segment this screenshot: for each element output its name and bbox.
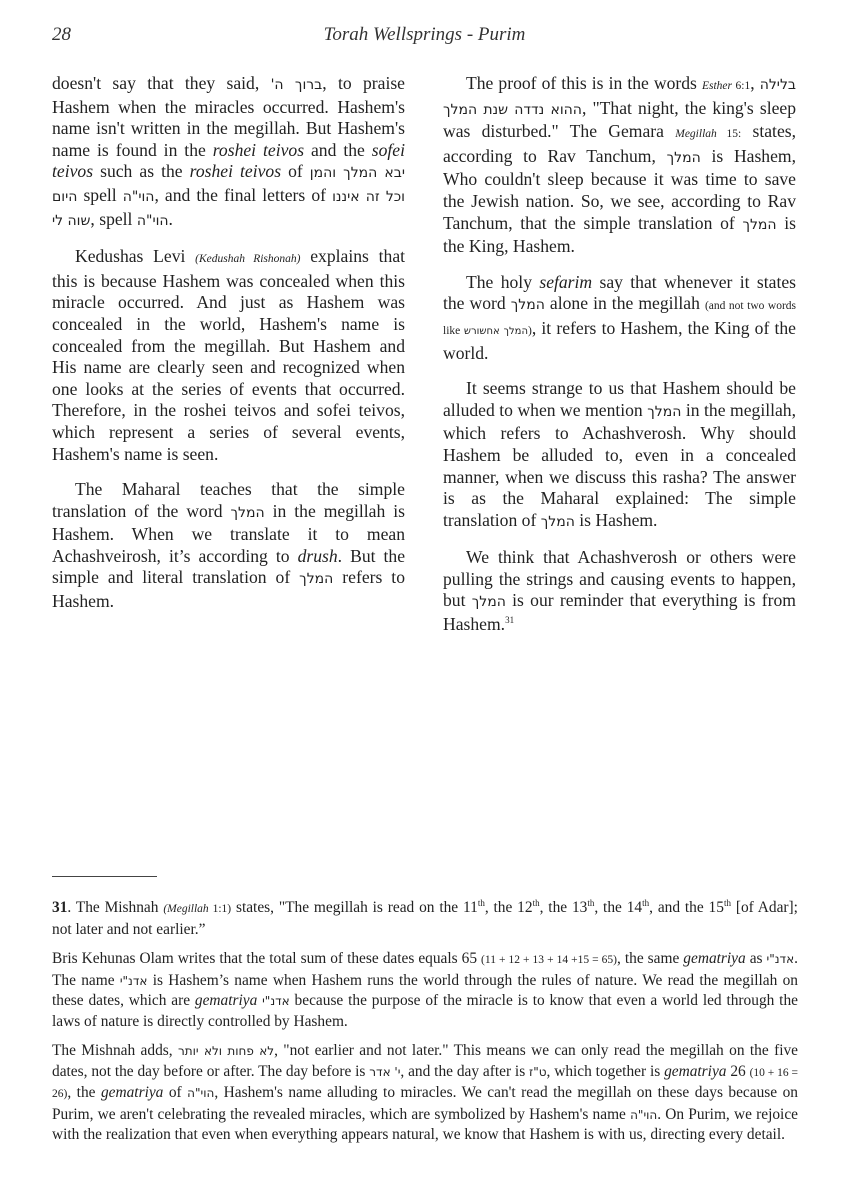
paragraph-proof: The proof of this is in the words Esther… bbox=[443, 73, 796, 258]
hebrew-text: המלך bbox=[742, 217, 776, 233]
footnote-number: 31 bbox=[52, 899, 67, 916]
footnote-bris-kehunas-olam: Bris Kehunas Olam writes that the total … bbox=[52, 949, 798, 1031]
hebrew-text: לא פחות ולא יותר bbox=[178, 1044, 274, 1058]
hebrew-text: ט"ז bbox=[529, 1065, 546, 1079]
paragraph-holy-sefarim: The holy sefarim say that whenever it st… bbox=[443, 272, 796, 364]
footnote-divider bbox=[52, 876, 157, 877]
left-column: doesn't say that they said, ברוך ה', to … bbox=[52, 73, 405, 627]
hebrew-text: אדנ"י bbox=[262, 994, 290, 1008]
hebrew-text: הוי"ה bbox=[187, 1086, 214, 1100]
hebrew-text: י' אדר bbox=[369, 1065, 400, 1079]
hebrew-text: הוי"ה bbox=[137, 213, 169, 229]
paragraph-reminder: We think that Achashverosh or others wer… bbox=[443, 547, 796, 635]
hebrew-text: הוי"ה bbox=[630, 1108, 657, 1122]
hebrew-text: המלך bbox=[472, 594, 506, 610]
footnote-reference[interactable]: 31 bbox=[505, 615, 514, 625]
hebrew-text: המלך bbox=[299, 571, 333, 587]
footnotes: 31. The Mishnah (Megillah 1:1) states, "… bbox=[52, 898, 798, 1155]
hebrew-text: אדנ"י bbox=[767, 952, 795, 966]
hebrew-text: אדנ"י bbox=[120, 974, 148, 988]
paragraph-strange-allusion: It seems strange to us that Hashem shoul… bbox=[443, 378, 796, 533]
citation: (Kedushah Rishonah) bbox=[195, 253, 300, 265]
footnote-31-mishnah: 31. The Mishnah (Megillah 1:1) states, "… bbox=[52, 898, 798, 939]
paragraph-hashem-name-hidden: doesn't say that they said, ברוך ה', to … bbox=[52, 73, 405, 232]
hebrew-text: המלך bbox=[541, 514, 575, 530]
hebrew-text: המלך bbox=[647, 404, 681, 420]
footnote-mishnah-adds: The Mishnah adds, לא פחות ולא יותר, "not… bbox=[52, 1041, 798, 1145]
hebrew-text: הוי"ה bbox=[123, 189, 155, 205]
hebrew-text: המלך bbox=[511, 297, 545, 313]
hebrew-text: המלך אחשורש bbox=[464, 326, 528, 337]
hebrew-text: המלך bbox=[230, 505, 264, 521]
citation: Megillah 15: bbox=[675, 128, 741, 140]
paragraph-kedushas-levi: Kedushas Levi (Kedushah Rishonah) explai… bbox=[52, 246, 405, 465]
paragraph-maharal: The Maharal teaches that the simple tran… bbox=[52, 479, 405, 613]
running-title: Torah Wellsprings - Purim bbox=[52, 24, 797, 46]
hebrew-text: ברוך ה' bbox=[271, 77, 323, 93]
right-column: The proof of this is in the words Esther… bbox=[443, 73, 796, 650]
page-header: 28 Torah Wellsprings - Purim bbox=[52, 24, 797, 48]
hebrew-text: המלך bbox=[667, 150, 701, 166]
citation: Esther 6:1 bbox=[702, 80, 750, 92]
